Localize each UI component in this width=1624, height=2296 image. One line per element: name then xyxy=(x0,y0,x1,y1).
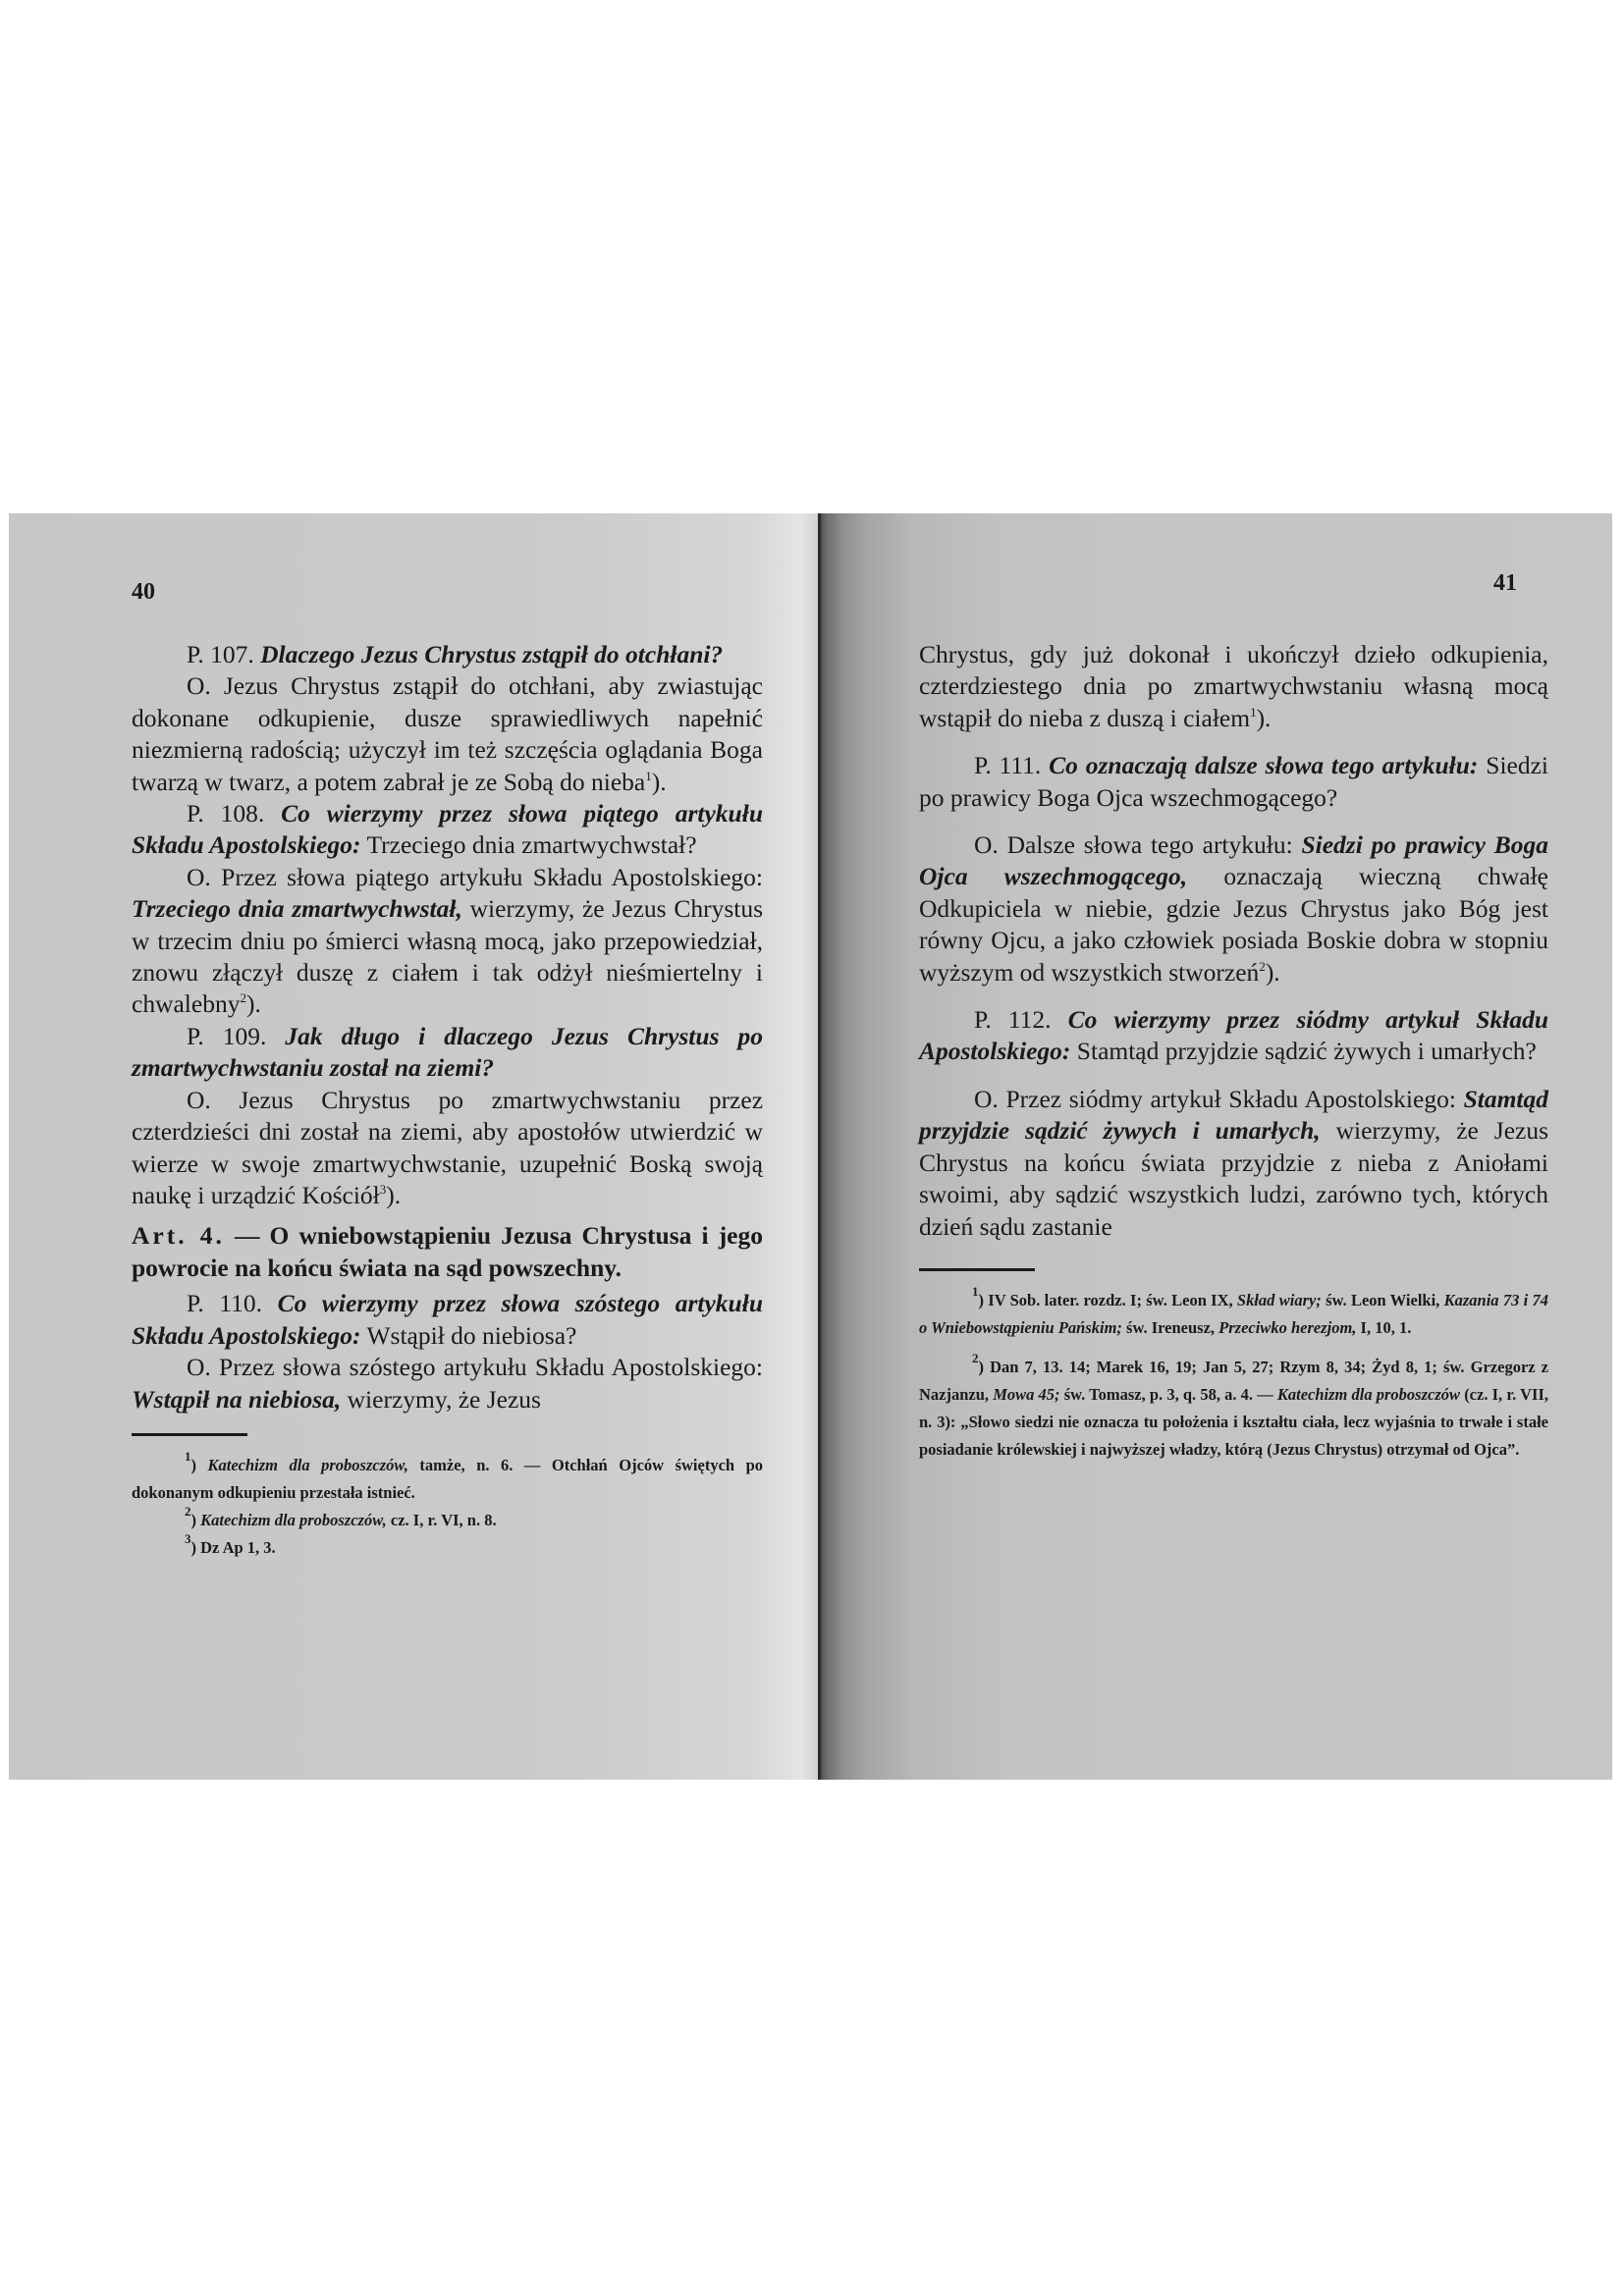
question-108: P. 108. Co wierzymy przez słowa piątego … xyxy=(132,798,763,862)
question-109: P. 109. Jak długo i dlaczego Jezus Chrys… xyxy=(132,1021,763,1085)
question-110: P. 110. Co wierzymy przez słowa szóstego… xyxy=(132,1288,763,1352)
footnote-2: 2) Dan 7, 13. 14; Marek 16, 19; Jan 5, 2… xyxy=(919,1354,1548,1464)
left-page: 40 P. 107. Dlaczego Jezus Chrystus zstąp… xyxy=(9,513,818,1780)
question-107: P. 107. Dlaczego Jezus Chrystus zstąpił … xyxy=(132,639,763,670)
answer-108: O. Przez słowa piątego artykułu Składu A… xyxy=(132,862,763,1021)
footnotes: 1) IV Sob. later. rozdz. I; św. Leon IX,… xyxy=(919,1287,1548,1464)
answer-109: O. Jezus Chrystus po zmartwychwstaniu pr… xyxy=(132,1085,763,1212)
answer-110-continued: Chrystus, gdy już dokonał i ukończył dzi… xyxy=(919,639,1548,734)
footnote-1: 1) IV Sob. later. rozdz. I; św. Leon IX,… xyxy=(919,1287,1548,1342)
footnote-3: 3) Dz Ap 1, 3. xyxy=(132,1534,763,1562)
answer-110: O. Przez słowa szóstego artykułu Składu … xyxy=(132,1352,763,1415)
footnote-divider xyxy=(132,1433,247,1436)
answer-111: O. Dalsze słowa tego artykułu: Siedzi po… xyxy=(919,829,1548,988)
left-page-text: P. 107. Dlaczego Jezus Chrystus zstąpił … xyxy=(132,639,763,1562)
book-spine xyxy=(818,513,821,1780)
article-heading: Art. 4. — O wniebowstąpieniu Jezusa Chry… xyxy=(132,1219,763,1284)
question-112: P. 112. Co wierzymy przez siódmy artykuł… xyxy=(919,1004,1548,1068)
page-number: 40 xyxy=(132,579,155,606)
answer-107: O. Jezus Chrystus zstąpił do otchłani, a… xyxy=(132,670,763,798)
footnotes: 1) Katechizm dla proboszczów, tamże, n. … xyxy=(132,1452,763,1562)
footnote-1: 1) Katechizm dla proboszczów, tamże, n. … xyxy=(132,1452,763,1507)
right-page-text: Chrystus, gdy już dokonał i ukończył dzi… xyxy=(919,639,1548,1464)
book-scan: 40 P. 107. Dlaczego Jezus Chrystus zstąp… xyxy=(9,513,1612,1780)
answer-112: O. Przez siódmy artykuł Składu Apostolsk… xyxy=(919,1084,1548,1243)
page-number: 41 xyxy=(1493,570,1517,597)
footnote-divider xyxy=(919,1268,1035,1271)
question-111: P. 111. Co oznaczają dalsze słowa tego a… xyxy=(919,750,1548,814)
right-page: 41 Chrystus, gdy już dokonał i ukończył … xyxy=(818,513,1612,1780)
footnote-2: 2) Katechizm dla proboszczów, cz. I, r. … xyxy=(132,1507,763,1534)
